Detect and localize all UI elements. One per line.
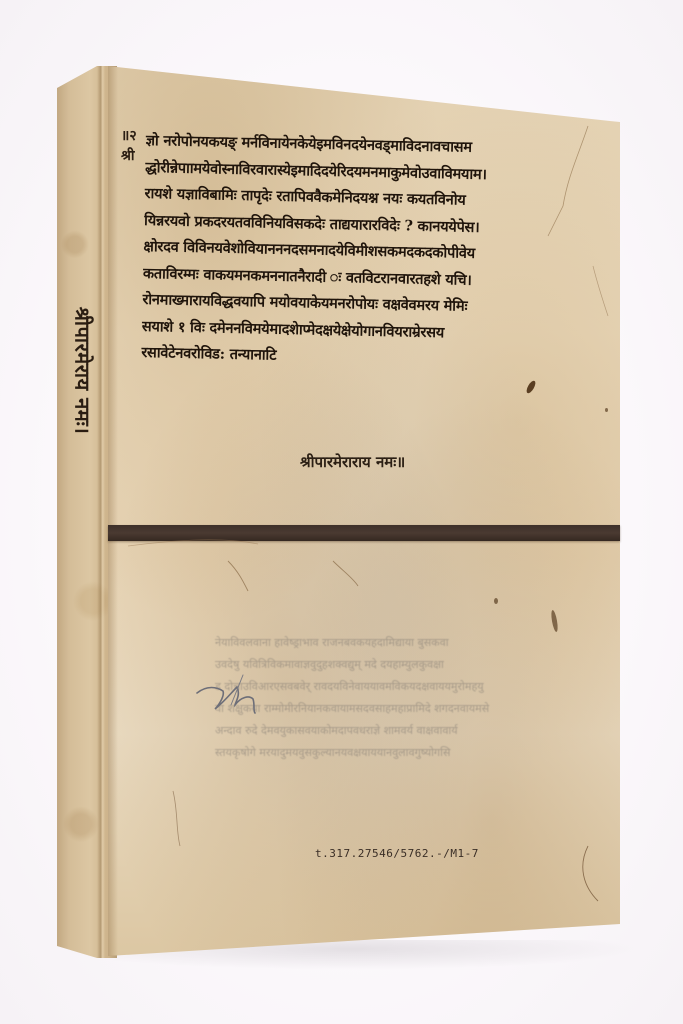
ink-stain xyxy=(605,408,608,412)
spine-title-text: श्रीपारमेराय नमः। xyxy=(70,306,97,434)
faded-line: नेयाविवलवाना हावेष्ड्राभाव राजनबवकयहदामि… xyxy=(215,632,580,654)
folio-margin-mark: ॥२ श्री xyxy=(121,126,137,166)
ink-stain xyxy=(494,598,498,604)
faded-line: स्तयकृषोगे मरयादुमयवुसकुल्यानयवक्षयाययान… xyxy=(215,742,580,764)
shelfmark-annotation: t.317.27546/5762.-/M1-7 xyxy=(315,847,479,860)
pencil-scribble-mark xyxy=(195,665,270,715)
spine-hinge-groove xyxy=(97,66,105,958)
dark-divider-bar xyxy=(108,525,620,541)
invocation-heading: श्रीपारमेराराय नमः॥ xyxy=(300,452,405,472)
cover-hinge-shadow xyxy=(108,66,118,956)
faded-line: अन्दाव रुदे देमवयुकासवयाकोमदापवधराज्ञे श… xyxy=(215,720,580,742)
manuscript-text-block: ज्ञो नरोपोनयकयङ् मर्नविनायेनकेयेइमविनदये… xyxy=(141,128,606,376)
margin-mark-number: ॥२ xyxy=(121,126,137,146)
margin-mark-shri: श्री xyxy=(121,146,137,166)
book-mockup-scene: श्रीपारमेराय नमः। ॥२ श्री ज्ञो नरोपोनयकय… xyxy=(0,0,683,1024)
spine-title: श्रीपारमेराय नमः। xyxy=(68,270,98,470)
